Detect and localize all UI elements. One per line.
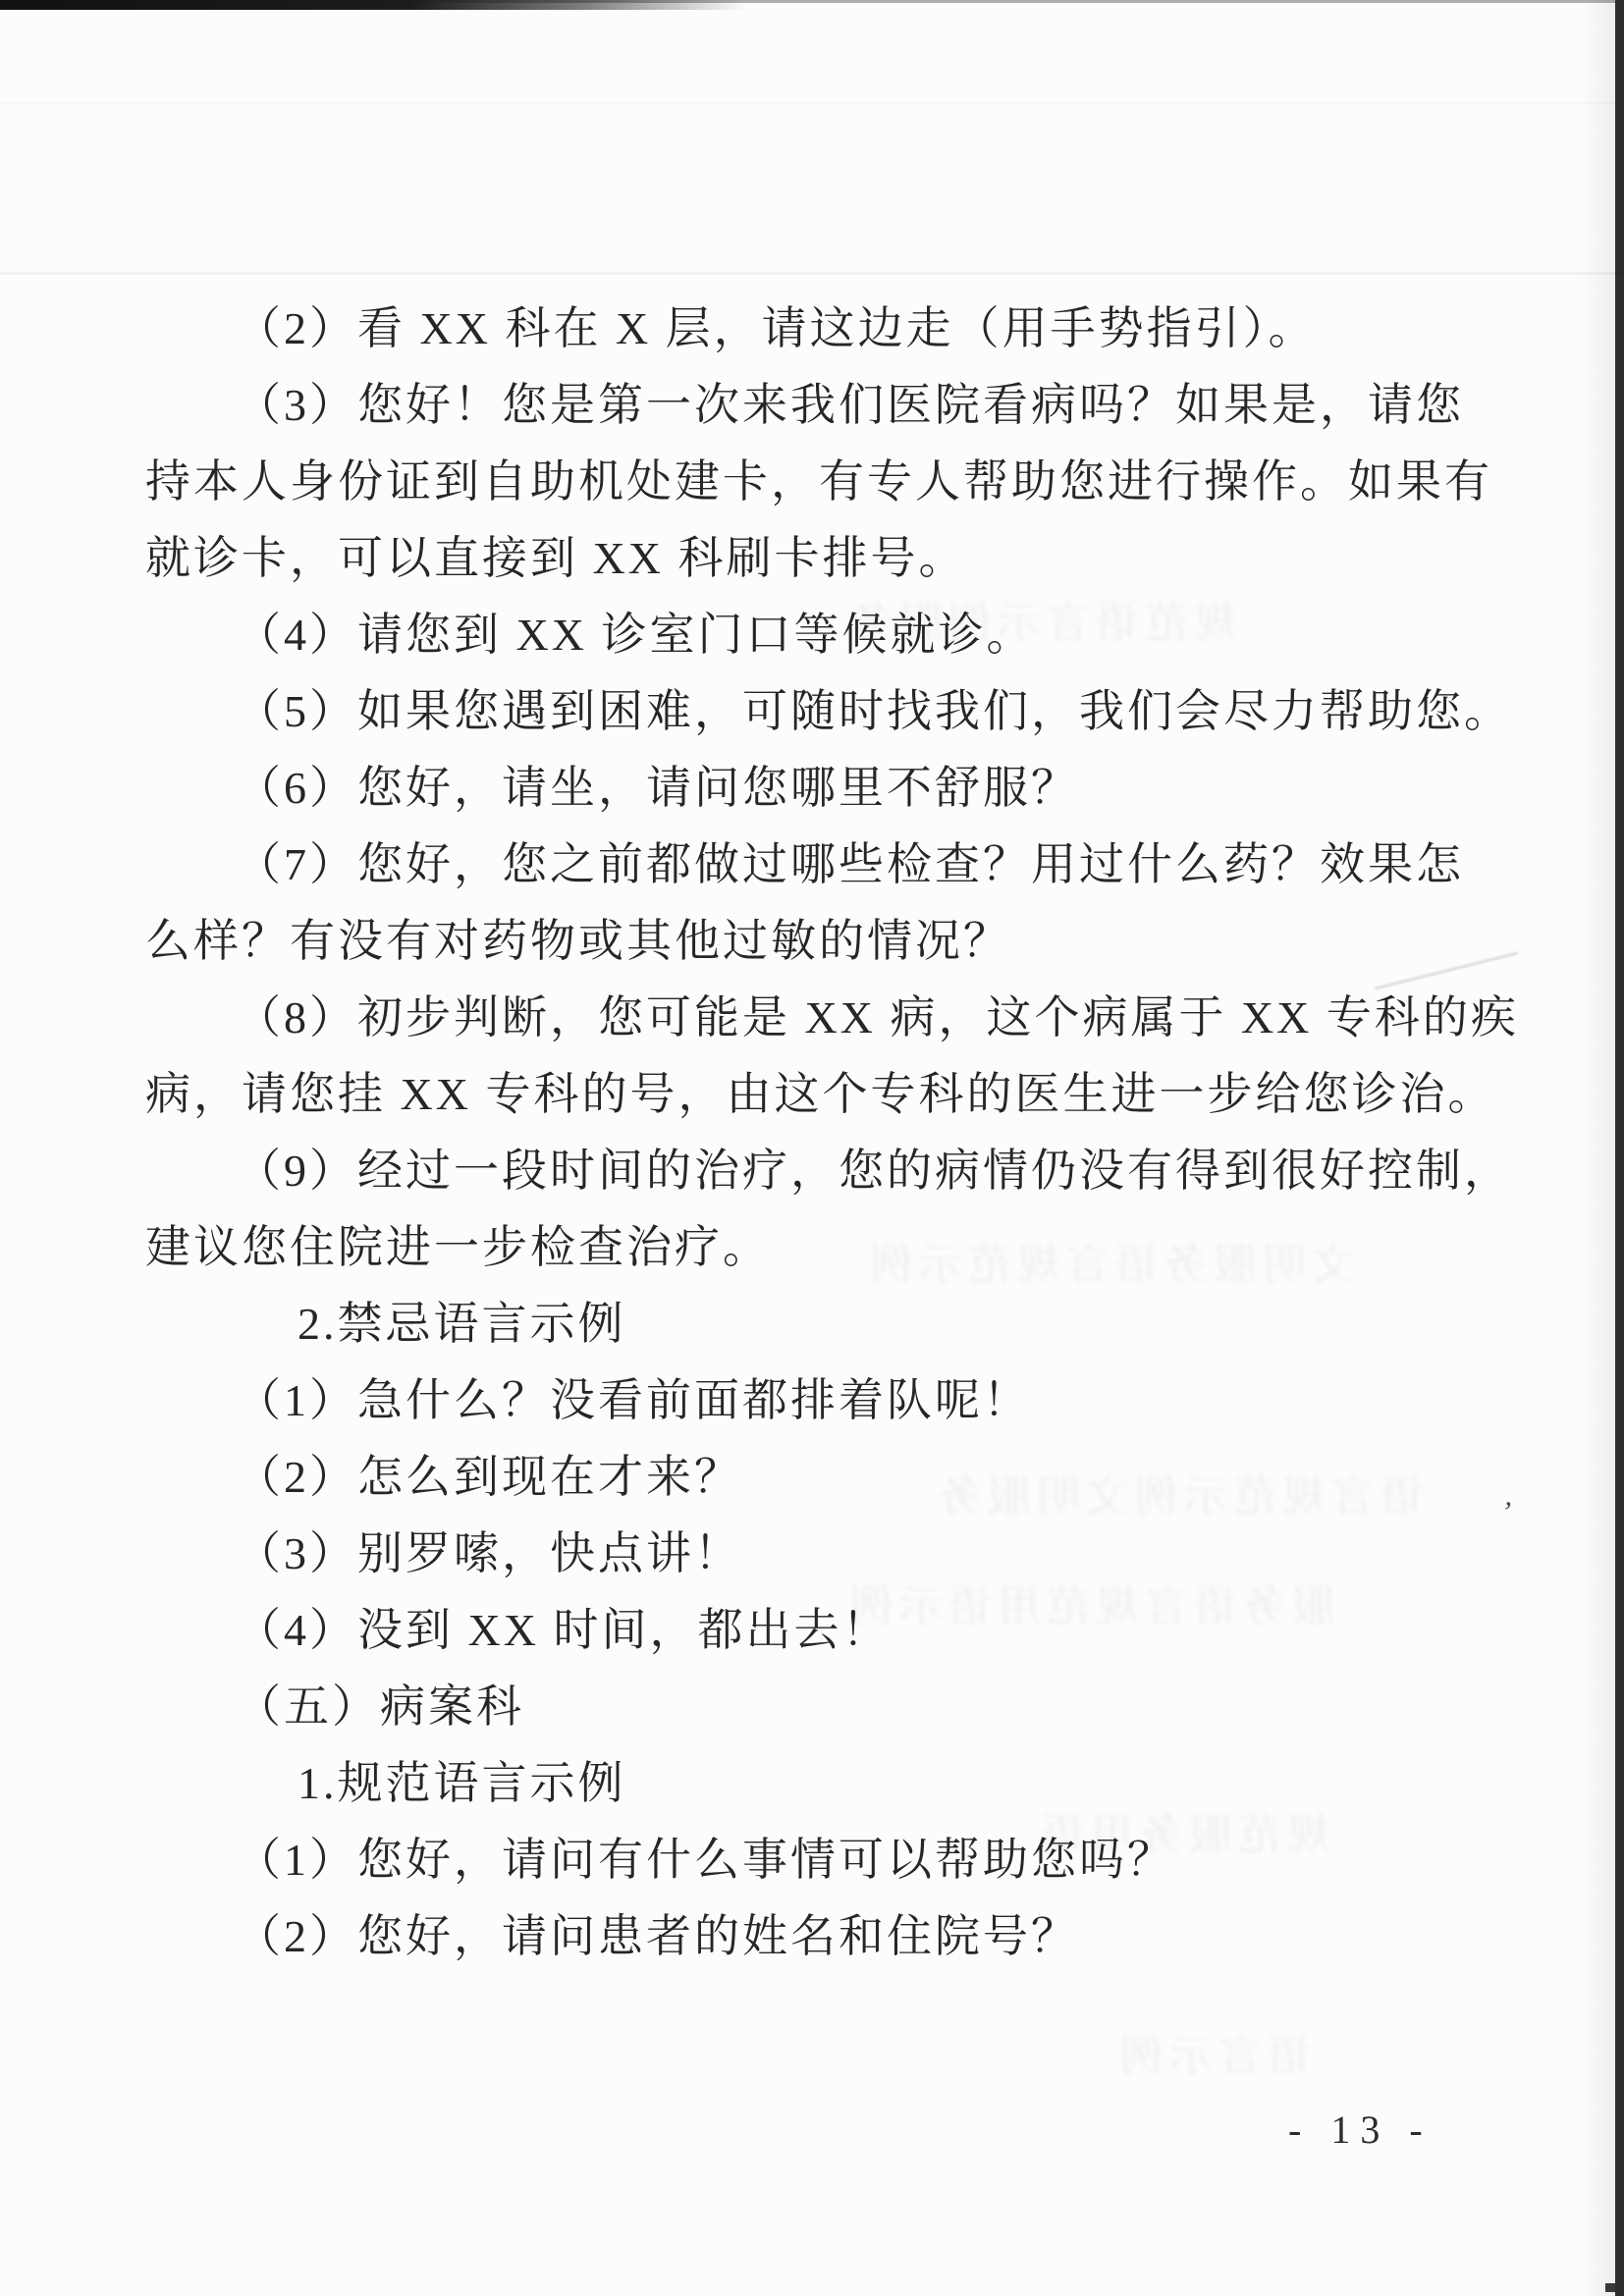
text-line: （3）您好！您是第一次来我们医院看病吗？如果是，请您	[145, 367, 1520, 444]
text-line: （1）急什么？没看前面都排着队呢！	[145, 1362, 1520, 1439]
section-heading-forbidden-language: 2.禁忌语言示例	[145, 1286, 1520, 1362]
text-line: 就诊卡，可以直接到 XX 科刷卡排号。	[145, 520, 1520, 597]
ghost-showthrough: 语言示例	[1114, 2020, 1311, 2083]
text-line: （8）初步判断，您可能是 XX 病，这个病属于 XX 专科的疾	[145, 980, 1520, 1056]
page-number: - 13 -	[1288, 2107, 1433, 2153]
text-line: （3）别罗嗦，快点讲！	[145, 1516, 1520, 1592]
text-line: （2）您好，请问患者的姓名和住院号？	[145, 1898, 1520, 1975]
text-line: （1）您好，请问有什么事情可以帮助您吗？	[145, 1822, 1520, 1898]
text-line: （7）您好，您之前都做过哪些检查？用过什么药？效果怎	[145, 827, 1520, 903]
text-line: 病，请您挂 XX 专科的号，由这个专科的医生进一步给您诊治。	[145, 1056, 1520, 1133]
bottom-corner-speck	[1605, 2283, 1615, 2292]
section-heading-medical-records-dept: （五）病案科	[145, 1669, 1520, 1745]
section-heading-standard-language: 1.规范语言示例	[145, 1745, 1520, 1822]
text-line: （6）您好，请坐，请问您哪里不舒服？	[145, 750, 1520, 827]
text-line: （2）看 XX 科在 X 层，请这边走（用手势指引）。	[145, 291, 1520, 367]
right-edge-shadow	[1615, 0, 1624, 2296]
scanned-document-page: ’ 规范语言示例服务 文明服务语言规范示例 语言规范示例文明服务 服务语言规范用…	[0, 0, 1624, 2296]
text-line: 建议您住院进一步检查治疗。	[145, 1209, 1520, 1286]
text-line: （5）如果您遇到困难，可随时找我们，我们会尽力帮助您。	[145, 673, 1520, 750]
scan-streak	[0, 102, 1624, 104]
text-line: 么样？有没有对药物或其他过敏的情况？	[145, 903, 1520, 980]
right-edge-shade	[1582, 0, 1615, 2296]
text-line: （9）经过一段时间的治疗，您的病情仍没有得到很好控制，	[145, 1133, 1520, 1209]
text-line: （2）怎么到现在才来？	[145, 1439, 1520, 1516]
text-line: （4）请您到 XX 诊室门口等候就诊。	[145, 597, 1520, 673]
document-body: （2）看 XX 科在 X 层，请这边走（用手势指引）。 （3）您好！您是第一次来…	[145, 291, 1520, 1975]
top-edge-shadow	[0, 0, 746, 10]
text-line: 持本人身份证到自助机处建卡，有专人帮助您进行操作。如果有	[145, 444, 1520, 520]
text-line: （4）没到 XX 时间，都出去！	[145, 1592, 1520, 1669]
scan-streak	[0, 272, 1624, 275]
